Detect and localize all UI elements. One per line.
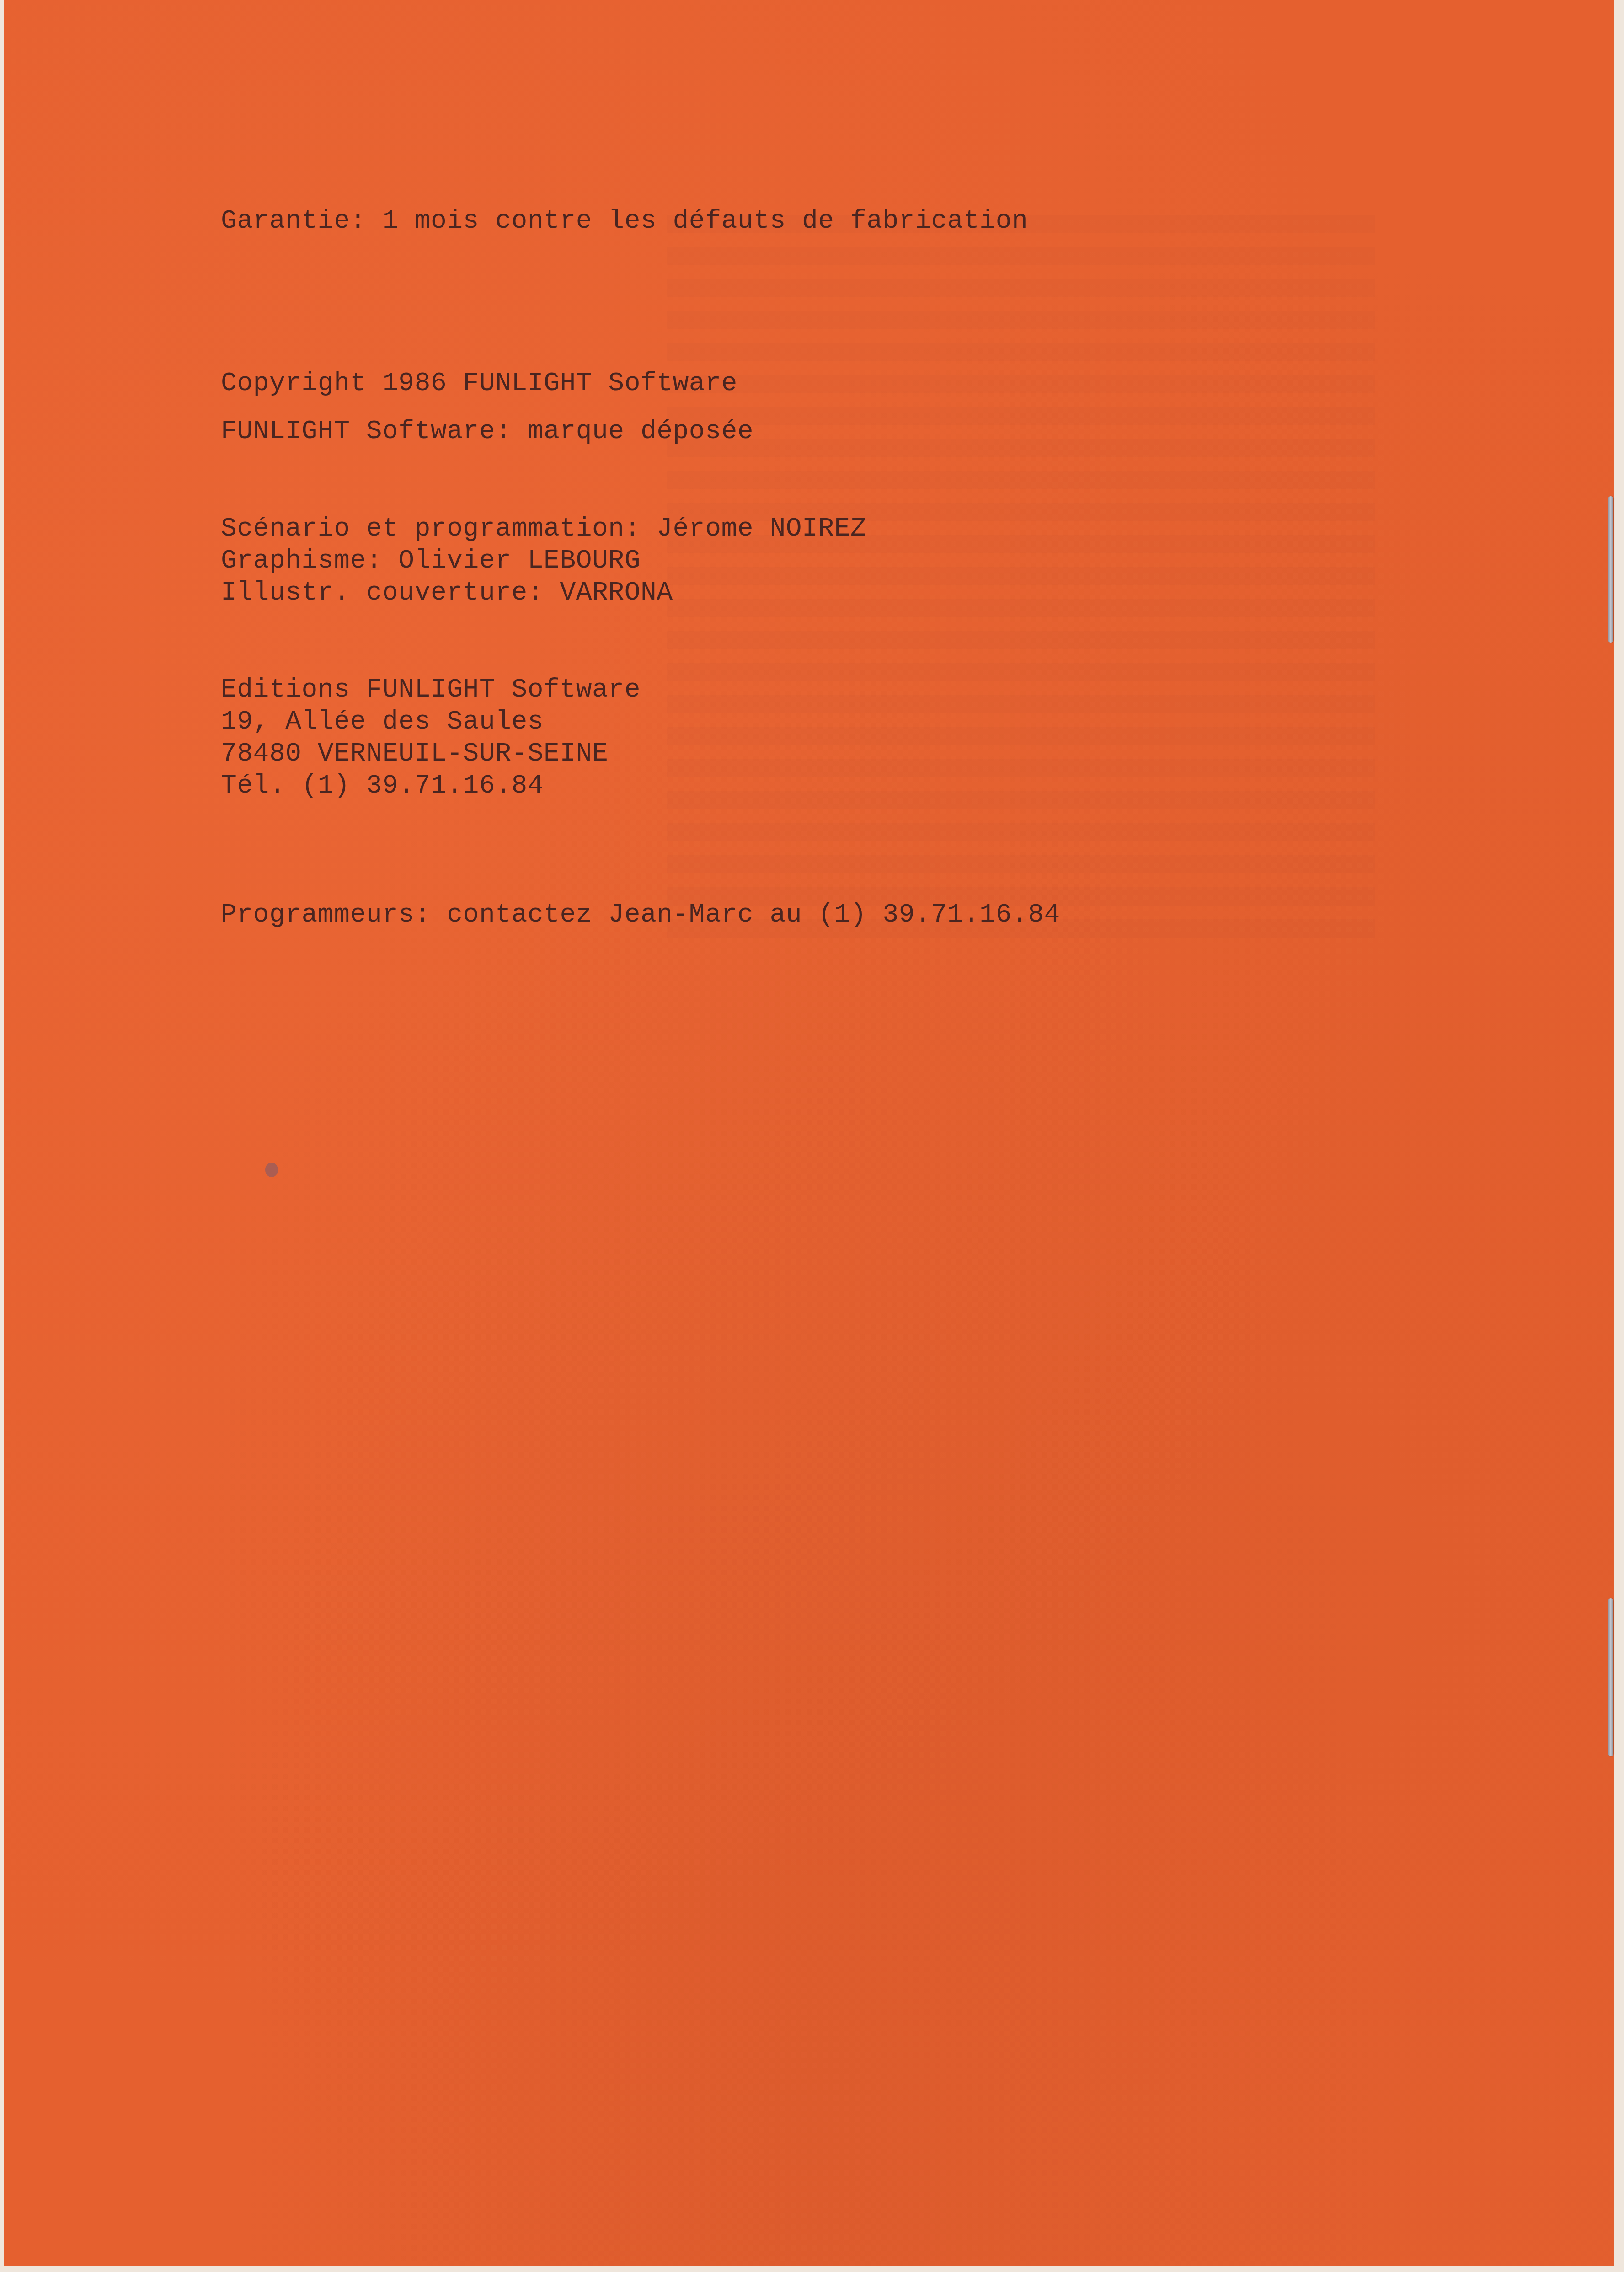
trademark-text: FUNLIGHT Software: marque déposée xyxy=(221,418,753,445)
credit-scenario-programming: Scénario et programmation: Jérome NOIREZ xyxy=(221,516,866,542)
publisher-name: Editions FUNLIGHT Software xyxy=(221,677,641,703)
document-page: Garantie: 1 mois contre les défauts de f… xyxy=(4,0,1614,2266)
publisher-street: 19, Allée des Saules xyxy=(221,709,544,735)
staple-top-icon xyxy=(1608,496,1613,643)
warranty-text: Garantie: 1 mois contre les défauts de f… xyxy=(221,208,1028,235)
paper-speck xyxy=(265,1163,278,1177)
credit-cover-illustration: Illustr. couverture: VARRONA xyxy=(221,580,673,606)
show-through-texture xyxy=(667,215,1375,947)
staple-bottom-icon xyxy=(1608,1598,1613,1756)
programmers-contact-text: Programmeurs: contactez Jean-Marc au (1)… xyxy=(221,902,1060,928)
copyright-text: Copyright 1986 FUNLIGHT Software xyxy=(221,370,737,397)
credit-graphics: Graphisme: Olivier LEBOURG xyxy=(221,548,641,574)
publisher-city: 78480 VERNEUIL-SUR-SEINE xyxy=(221,741,608,767)
publisher-phone: Tél. (1) 39.71.16.84 xyxy=(221,773,544,799)
